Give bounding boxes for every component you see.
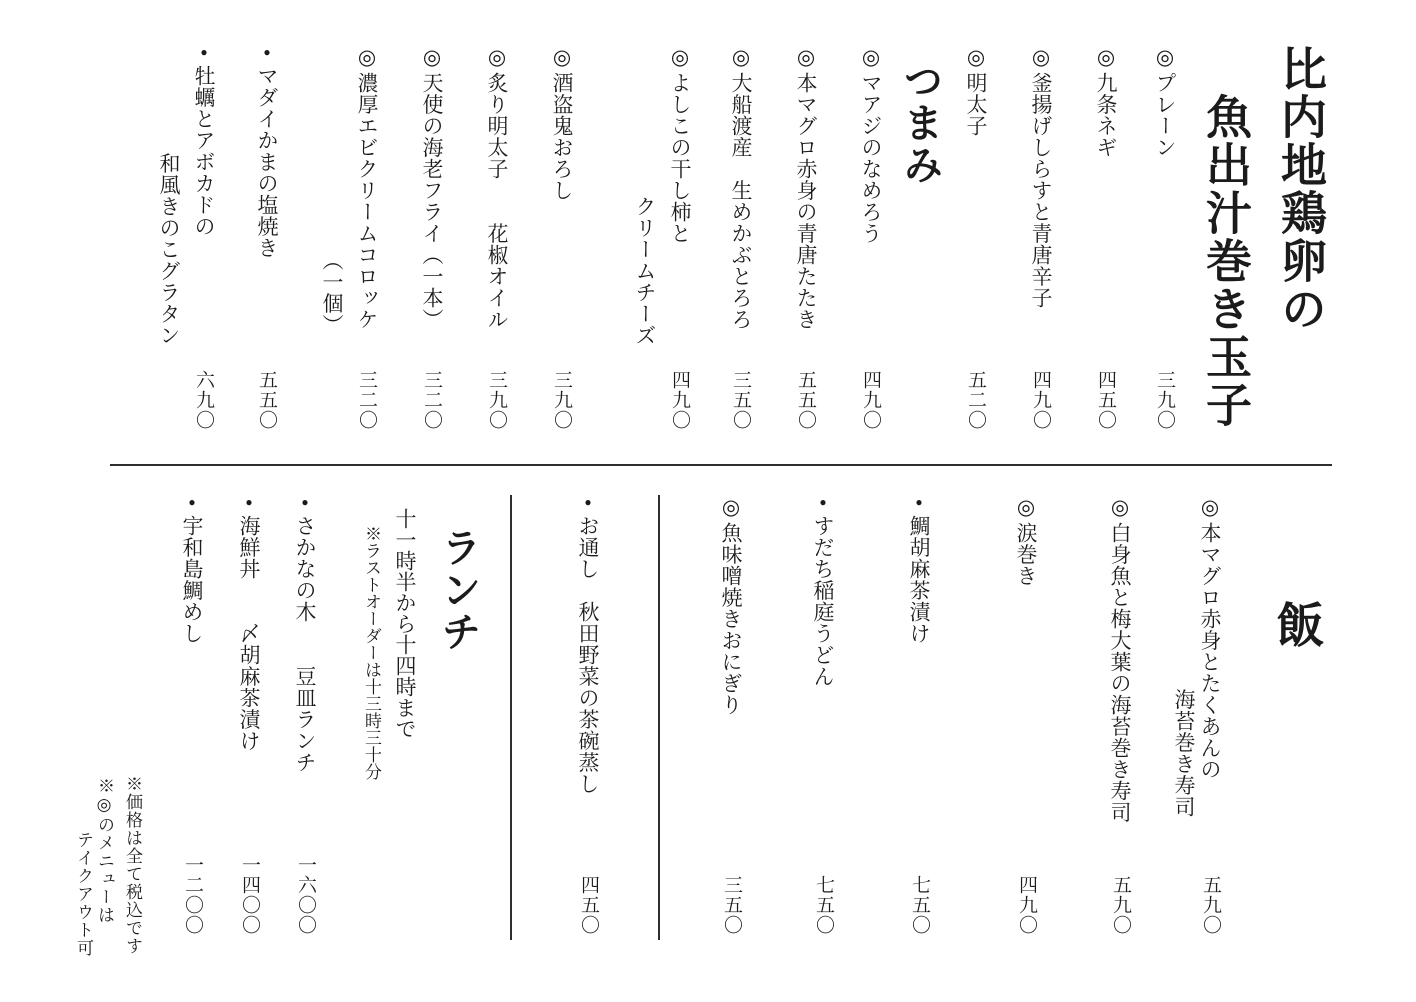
item-name-line: ◎九条ネギ xyxy=(1088,45,1123,158)
menu-item: ●鯛胡麻茶漬け 七五〇 xyxy=(906,495,932,935)
item-name-line: ◎天使の海老フライ（一本） xyxy=(414,45,449,330)
item-marker: ● xyxy=(242,495,256,515)
footnote-tax-included: ※価格は全て税込です xyxy=(122,495,143,1002)
item-name-line: ●宇和島鯛めし xyxy=(179,495,205,644)
menu-item: ◎九条ネギ 四五〇 xyxy=(1088,45,1123,430)
item-name: 釜揚げしらすと青唐辛子 xyxy=(1029,72,1053,309)
lunch-hours: 十一時半から十四時まで xyxy=(392,495,418,1002)
item-name-line: ●牡蠣とアボカドの 和風きのこグラタン xyxy=(151,45,221,346)
item-name: 白身魚と梅大葉の海苔巻き寿司 xyxy=(1108,522,1132,823)
item-price: 四九〇 xyxy=(1023,370,1058,430)
item-name: マダイかまの塩焼き xyxy=(255,65,279,259)
item-name: マアジのなめろう xyxy=(859,72,883,244)
item-name-line: ◎明太子 xyxy=(958,45,993,137)
item-price: 四五〇 xyxy=(575,875,601,935)
item-marker: ● xyxy=(260,45,274,65)
item-price: 四九〇 xyxy=(853,370,888,430)
menu-item: ◎プレーン 三九〇 xyxy=(1147,45,1182,430)
item-marker: ◎ xyxy=(1014,495,1038,522)
item-marker: ◎ xyxy=(719,495,743,522)
menu-item: ●すだち稲庭うどん 七五〇 xyxy=(810,495,836,935)
item-marker: ◎ xyxy=(859,45,883,72)
item-name-line: ◎白身魚と梅大葉の海苔巻き寿司 xyxy=(1107,495,1133,823)
item-price: 七五〇 xyxy=(906,875,932,935)
item-price: 一四〇〇 xyxy=(236,855,262,935)
tsumami-section-title: つまみ xyxy=(894,45,946,465)
item-price: 一二〇〇 xyxy=(179,855,205,935)
menu-item: ◎マアジのなめろう 四九〇 xyxy=(853,45,888,430)
item-marker: ◎ xyxy=(1094,45,1118,72)
item-name: よしこの干し柿と クリームチーズ xyxy=(633,45,692,346)
item-price: 六九〇 xyxy=(186,370,221,430)
menu-item: ◎炙り明太子 花椒オイル 三九〇 xyxy=(479,45,514,430)
item-name-line: ◎大船渡産 生めかぶとろろ xyxy=(723,45,758,330)
menu-item: ◎本マグロ赤身とたくあんの 海苔巻き寿司 五九〇 xyxy=(1171,495,1223,935)
item-marker: ◎ xyxy=(550,45,574,72)
item-price: 五二〇 xyxy=(958,370,993,430)
item-price: 三五〇 xyxy=(723,370,758,430)
item-name: 本マグロ赤身の青唐たたき xyxy=(794,72,818,330)
item-marker: ● xyxy=(816,495,830,515)
item-name: さかなの木 豆皿ランチ xyxy=(293,515,317,773)
item-name: 本マグロ赤身とたくあんの 海苔巻き寿司 xyxy=(1172,495,1222,818)
item-name-line: ●お通し 秋田野菜の茶碗蒸し xyxy=(575,495,601,795)
item-name: 海鮮丼 〆胡麻茶漬け xyxy=(237,515,261,752)
item-marker: ● xyxy=(185,495,199,515)
vertical-divider-left xyxy=(510,495,512,940)
item-marker: ● xyxy=(197,45,211,65)
menu-item: ◎涙巻き 四九〇 xyxy=(1013,495,1039,935)
item-name-line: ●鯛胡麻茶漬け xyxy=(906,495,932,644)
item-marker: ◎ xyxy=(729,45,753,72)
item-name: 九条ネギ xyxy=(1094,72,1118,158)
menu-item: ◎天使の海老フライ（一本） 三二〇 xyxy=(414,45,449,430)
item-marker: ◎ xyxy=(794,45,818,72)
item-name: お通し 秋田野菜の茶碗蒸し xyxy=(576,515,600,795)
item-name-line: ◎本マグロ赤身の青唐たたき xyxy=(788,45,823,330)
rice-and-lunch-section: 飯 ◎本マグロ赤身とたくあんの 海苔巻き寿司 五九〇 ◎白身魚と梅大葉の海苔巻き… xyxy=(0,465,1416,1002)
item-price: 七五〇 xyxy=(810,875,836,935)
item-name-line: ◎酒盗鬼おろし xyxy=(544,45,579,201)
menu-item: ◎よしこの干し柿と クリームチーズ 四九〇 xyxy=(627,45,697,430)
menu-item: ◎白身魚と梅大葉の海苔巻き寿司 五九〇 xyxy=(1107,495,1133,935)
item-name: すだち稲庭うどん xyxy=(811,515,835,687)
item-price: 三二〇 xyxy=(414,370,449,430)
item-price: 三九〇 xyxy=(544,370,579,430)
item-price: 五九〇 xyxy=(1107,875,1133,935)
menu-title: 比内地鶏卵の 魚出汁巻き玉子 xyxy=(1188,45,1338,465)
vertical-divider-right xyxy=(658,495,660,940)
menu-item: ●宇和島鯛めし 一二〇〇 xyxy=(179,495,205,935)
item-name: 天使の海老フライ（一本） xyxy=(420,72,444,330)
item-name-line: ◎本マグロ赤身とたくあんの 海苔巻き寿司 xyxy=(1171,495,1223,818)
item-price: 三五〇 xyxy=(718,875,744,935)
menu-item: ●牡蠣とアボカドの 和風きのこグラタン 六九〇 xyxy=(151,45,221,430)
item-name: 魚味噌焼きおにぎり xyxy=(719,522,743,716)
item-price: 三二〇 xyxy=(349,370,384,430)
item-marker: ◎ xyxy=(1029,45,1053,72)
item-name: 炙り明太子 花椒オイル xyxy=(485,72,509,330)
item-name-line: ◎炙り明太子 花椒オイル xyxy=(479,45,514,330)
item-name-line: ●すだち稲庭うどん xyxy=(810,495,836,687)
item-price: 五五〇 xyxy=(788,370,823,430)
item-name-line: ◎プレーン xyxy=(1147,45,1182,158)
menu-item: ●さかなの木 豆皿ランチ 一六〇〇 xyxy=(292,495,318,935)
item-name: 大船渡産 生めかぶとろろ xyxy=(729,72,753,330)
item-marker: ◎ xyxy=(420,45,444,72)
item-price: 四五〇 xyxy=(1088,370,1123,430)
item-marker: ◎ xyxy=(668,45,692,72)
item-name: 鯛胡麻茶漬け xyxy=(907,515,931,644)
menu-item: ◎酒盗鬼おろし 三九〇 xyxy=(544,45,579,430)
item-price: 三九〇 xyxy=(479,370,514,430)
item-marker: ◎ xyxy=(964,45,988,72)
item-name: 牡蠣とアボカドの 和風きのこグラタン xyxy=(157,45,216,346)
item-marker: ◎ xyxy=(1153,45,1177,72)
menu-item: ◎本マグロ赤身の青唐たたき 五五〇 xyxy=(788,45,823,430)
egg-and-tsumami-section: 比内地鶏卵の 魚出汁巻き玉子 ◎プレーン 三九〇 ◎九条ネギ 四五〇 ◎釜揚げし… xyxy=(0,0,1416,465)
item-name-line: ●さかなの木 豆皿ランチ xyxy=(292,495,318,773)
item-name-line: ◎よしこの干し柿と クリームチーズ xyxy=(627,45,697,346)
menu-item: ◎大船渡産 生めかぶとろろ 三五〇 xyxy=(723,45,758,430)
menu-item: ◎釜揚げしらすと青唐辛子 四九〇 xyxy=(1023,45,1058,430)
menu-item: ●海鮮丼 〆胡麻茶漬け 一四〇〇 xyxy=(236,495,262,935)
item-name: 涙巻き xyxy=(1014,522,1038,587)
item-marker: ◎ xyxy=(355,45,379,72)
item-marker: ● xyxy=(298,495,312,515)
rice-section-title: 飯 xyxy=(1267,495,1323,1002)
otoshi-menu-item: ●お通し 秋田野菜の茶碗蒸し 四五〇 xyxy=(575,495,601,935)
item-price: 三九〇 xyxy=(1147,370,1182,430)
item-name: 酒盗鬼おろし xyxy=(550,72,574,201)
item-name: 明太子 xyxy=(964,72,988,137)
lunch-section-title: ランチ xyxy=(432,495,484,1002)
item-price: 四九〇 xyxy=(1013,875,1039,935)
item-name-line: ◎濃厚エビクリームコロッケ （一個） xyxy=(314,45,384,336)
item-marker: ◎ xyxy=(485,45,509,72)
item-name-line: ◎釜揚げしらすと青唐辛子 xyxy=(1023,45,1058,309)
item-marker: ● xyxy=(581,495,595,515)
item-name-line: ◎涙巻き xyxy=(1013,495,1039,587)
item-name-line: ◎魚味噌焼きおにぎり xyxy=(718,495,744,716)
item-price: 五五〇 xyxy=(249,370,284,430)
menu-page: 比内地鶏卵の 魚出汁巻き玉子 ◎プレーン 三九〇 ◎九条ネギ 四五〇 ◎釜揚げし… xyxy=(0,0,1416,1002)
item-name: プレーン xyxy=(1153,72,1177,158)
item-name-line: ●マダイかまの塩焼き xyxy=(249,45,284,259)
footnote-takeout: ※◎のメニューは テイクアウト可 xyxy=(73,495,115,1002)
lunch-last-order-note: ※ラストオーダーは十三時三十分 xyxy=(360,495,382,1002)
item-marker: ◎ xyxy=(1108,495,1132,522)
item-name-line: ◎マアジのなめろう xyxy=(853,45,888,244)
menu-item: ◎魚味噌焼きおにぎり 三五〇 xyxy=(718,495,744,935)
item-name-line: ●海鮮丼 〆胡麻茶漬け xyxy=(236,495,262,752)
menu-item: ●マダイかまの塩焼き 五五〇 xyxy=(249,45,284,430)
item-name: 濃厚エビクリームコロッケ （一個） xyxy=(320,45,379,336)
menu-item: ◎濃厚エビクリームコロッケ （一個） 三二〇 xyxy=(314,45,384,430)
item-price: 四九〇 xyxy=(662,370,697,430)
item-marker: ● xyxy=(912,495,926,515)
item-price: 五九〇 xyxy=(1197,875,1223,935)
menu-item: ◎明太子 五二〇 xyxy=(958,45,993,430)
item-price: 一六〇〇 xyxy=(292,855,318,935)
item-marker: ◎ xyxy=(1198,495,1222,522)
item-name: 宇和島鯛めし xyxy=(180,515,204,644)
